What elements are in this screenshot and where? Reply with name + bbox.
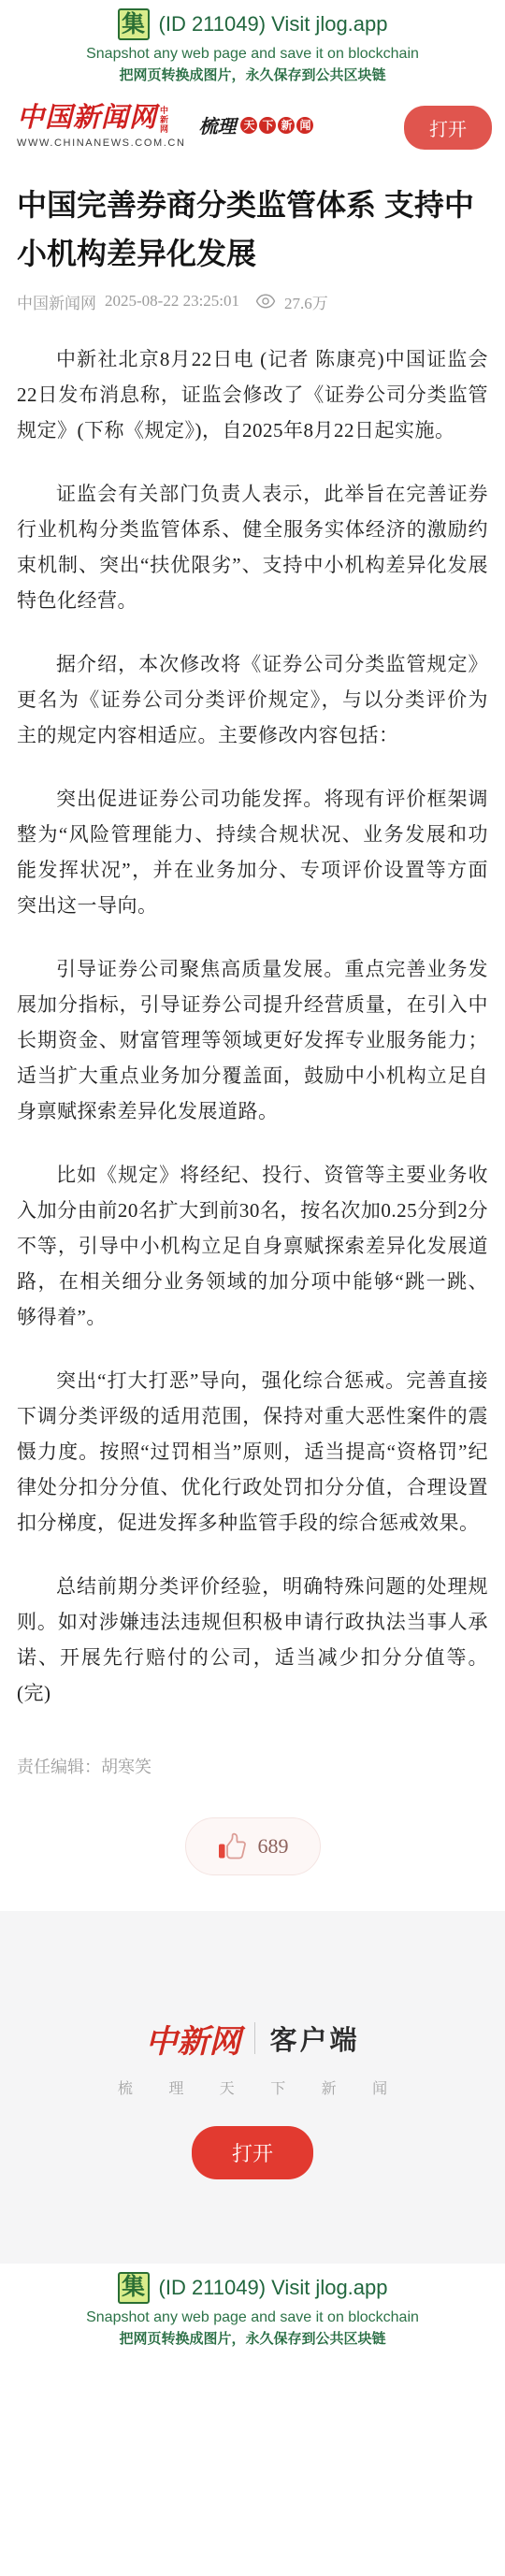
like-button[interactable]: 689 (185, 1817, 321, 1875)
footer-tagline: 梳 理 天 下 新 闻 (0, 2077, 505, 2098)
footer-chinanews-logo: 中新网 (145, 2016, 240, 2062)
article-title: 中国完善券商分类监管体系 支持中小机构差异化发展 (17, 181, 488, 279)
snapshot-banner-subtitle-en: Snapshot any web page and save it on blo… (0, 46, 505, 63)
app-promo-footer: 中新网 客户端 梳 理 天 下 新 闻 打开 (0, 1911, 505, 2264)
chinanews-logo-calligraphy: 中国新闻网 (17, 104, 157, 134)
tagline-circle-char: 闻 (296, 117, 313, 134)
footer-logo-divider (254, 2022, 255, 2054)
article-source: 中国新闻网 (17, 290, 96, 313)
article-paragraph: 比如《规定》将经纪、投行、资管等主要业务收入加分由前20名扩大到前30名，按名次… (17, 1157, 488, 1335)
article-meta: 中国新闻网 2025-08-22 23:25:01 27.6万 (17, 290, 488, 313)
snapshot-banner-top: 集 (ID 211049) Visit jlog.app Snapshot an… (0, 0, 505, 91)
editor-credit: 责任编辑：胡寒笑 (17, 1754, 488, 1778)
jlog-stamp-icon: 集 (118, 8, 150, 40)
site-header: 中国新闻网 中新网 WWW.CHINANEWS.COM.CN 梳理 天 下 新 … (0, 91, 505, 161)
article-timestamp: 2025-08-22 23:25:01 (105, 292, 239, 311)
eye-icon (255, 294, 276, 309)
open-app-button-header[interactable]: 打开 (404, 106, 492, 150)
thumb-up-icon (217, 1832, 247, 1860)
article-paragraph: 中新社北京8月22日电 (记者 陈康亮)中国证监会22日发布消息称，证监会修改了… (17, 341, 488, 448)
jlog-stamp-icon: 集 (118, 2272, 150, 2304)
chinanews-logo-side-text: 中新网 (160, 106, 170, 134)
chinanews-url-text: WWW.CHINANEWS.COM.CN (17, 137, 185, 149)
article-paragraph: 突出“打大打恶”导向，强化综合惩戒。完善直接下调分类评级的适用范围，保持对重大恶… (17, 1363, 488, 1541)
snapshot-banner-id-line[interactable]: 集 (ID 211049) Visit jlog.app (0, 8, 505, 40)
article-body: 中新社北京8月22日电 (记者 陈康亮)中国证监会22日发布消息称，证监会修改了… (17, 341, 488, 1711)
like-row: 689 (17, 1817, 488, 1875)
snapshot-banner-subtitle-en: Snapshot any web page and save it on blo… (0, 2309, 505, 2326)
site-logo-group[interactable]: 中国新闻网 中新网 WWW.CHINANEWS.COM.CN 梳理 天 下 新 … (17, 104, 313, 149)
snapshot-banner-subtitle-zh: 把网页转换成图片，永久保存到公共区块链 (0, 65, 505, 84)
snapshot-banner-id-text[interactable]: (ID 211049) Visit jlog.app (159, 12, 388, 36)
snapshot-banner-subtitle-zh: 把网页转换成图片，永久保存到公共区块链 (0, 2328, 505, 2348)
article: 中国完善券商分类监管体系 支持中小机构差异化发展 中国新闻网 2025-08-2… (0, 181, 505, 1875)
article-paragraph: 证监会有关部门负责人表示，此举旨在完善证券行业机构分类监管体系、健全服务实体经济… (17, 476, 488, 618)
article-paragraph: 引导证券公司聚焦高质量发展。重点完善业务发展加分指标，引导证券公司提升经营质量，… (17, 951, 488, 1129)
article-paragraph: 据介绍，本次修改将《证券公司分类监管规定》更名为《证券公司分类评价规定》，与以分… (17, 646, 488, 753)
snapshot-banner-bottom: 集 (ID 211049) Visit jlog.app Snapshot an… (0, 2264, 505, 2354)
article-paragraph: 总结前期分类评价经验，明确特殊问题的处理规则。如对涉嫌违法违规但积极申请行政执法… (17, 1569, 488, 1711)
article-paragraph: 突出促进证券公司功能发挥。将现有评价框架调整为“风险管理能力、持续合规状况、业务… (17, 781, 488, 923)
tagline-circle-char: 下 (259, 117, 276, 134)
footer-logo-row: 中新网 客户端 (0, 2016, 505, 2062)
article-view-count: 27.6万 (284, 290, 328, 313)
tagline-circle-char: 天 (240, 117, 257, 134)
snapshot-banner-id-line[interactable]: 集 (ID 211049) Visit jlog.app (0, 2272, 505, 2304)
like-count: 689 (258, 1834, 289, 1859)
header-tagline: 梳理 天 下 新 闻 (198, 111, 313, 138)
chinanews-logo[interactable]: 中国新闻网 中新网 WWW.CHINANEWS.COM.CN (17, 104, 185, 149)
tagline-brush-text: 梳理 (198, 111, 236, 138)
snapshot-banner-id-text[interactable]: (ID 211049) Visit jlog.app (159, 2276, 388, 2300)
page: 集 (ID 211049) Visit jlog.app Snapshot an… (0, 0, 505, 2354)
footer-client-label: 客户端 (269, 2019, 359, 2058)
tagline-circle-char: 新 (278, 117, 295, 134)
open-app-button-footer[interactable]: 打开 (192, 2126, 313, 2179)
